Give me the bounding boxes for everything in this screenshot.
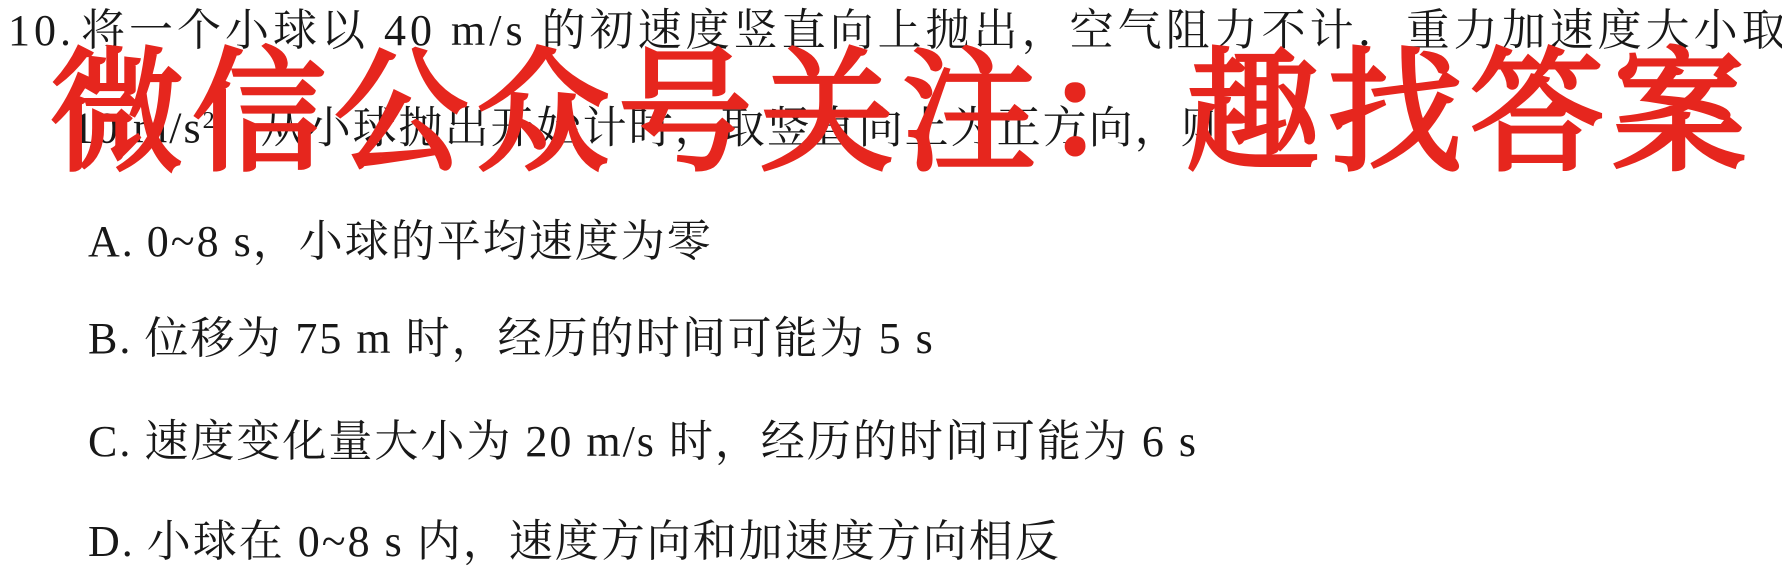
option-d: D.小球在 0~8 s 内，速度方向和加速度方向相反 [88,516,1061,568]
option-a: A.0~8 s，小球的平均速度为零 [88,216,713,268]
option-d-label: D. [88,517,135,566]
option-d-text: 小球在 0~8 s 内，速度方向和加速度方向相反 [147,517,1061,566]
option-c-text: 速度变化量大小为 20 m/s 时，经历的时间可能为 6 s [144,417,1198,466]
exam-page: 微信公众号关注：趣找答案 10.将一个小球以 40 m/s 的初速度竖直向上抛出… [0,0,1782,578]
watermark-text: 微信公众号关注：趣找答案 [50,46,1754,180]
option-c: C.速度变化量大小为 20 m/s 时，经历的时间可能为 6 s [88,416,1198,468]
option-b-text: 位移为 75 m 时，经历的时间可能为 5 s [144,314,934,363]
option-a-label: A. [88,217,135,266]
option-b: B.位移为 75 m 时，经历的时间可能为 5 s [88,313,935,365]
option-a-text: 0~8 s，小球的平均速度为零 [147,217,713,266]
option-b-label: B. [88,314,132,363]
option-c-label: C. [88,417,132,466]
